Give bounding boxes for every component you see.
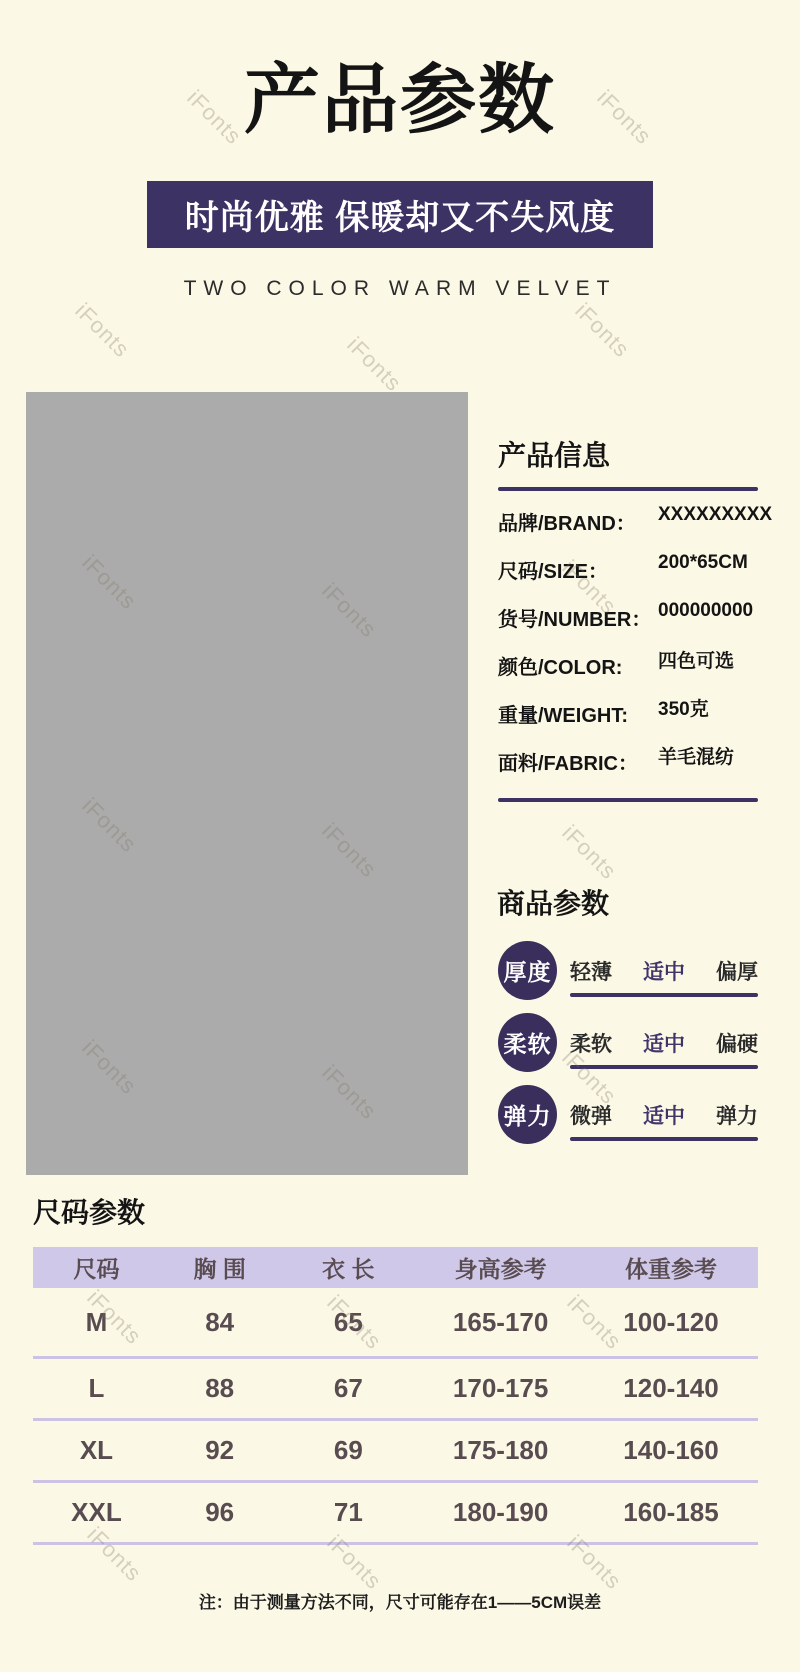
product-info-divider-top [498,487,758,491]
param-option: 轻薄 [570,956,612,986]
size-table-cell: L [33,1373,160,1404]
slogan-banner: 时尚优雅 保暖却又不失风度 [147,181,653,248]
product-info-fields: 品牌/BRAND：XXXXXXXXX尺码/SIZE：200*65CM货号/NUM… [498,497,758,785]
size-table-header-cell: 身高参考 [417,1251,584,1284]
size-table-cell: XXL [33,1497,160,1528]
size-table-cell: 71 [280,1497,418,1528]
param-badge: 柔软 [498,1013,557,1072]
size-table-cell: 96 [160,1497,280,1528]
size-table-header-cell: 尺码 [33,1251,160,1284]
param-option-selected: 适中 [643,1028,685,1058]
size-table-row: L8867170-175120-140 [33,1359,758,1421]
size-table-cell: XL [33,1435,160,1466]
size-table: 尺码胸 围衣 长身高参考体重参考 M8465165-170100-120L886… [33,1247,758,1545]
slogan-text: 时尚优雅 保暖却又不失风度 [185,190,615,239]
field-value: XXXXXXXXX [658,504,772,526]
param-option: 偏厚 [716,956,758,986]
param-underline [570,1137,758,1141]
size-table-cell: 160-185 [584,1497,758,1528]
product-detail-page: 产品参数 时尚优雅 保暖却又不失风度 TWO COLOR WARM VELVET… [0,0,800,1672]
size-section-title: 尺码参数 [33,1196,145,1230]
field-label: 货号/NUMBER： [498,603,651,632]
param-row: 柔软柔软适中偏硬 [498,1013,758,1072]
size-table-cell: 88 [160,1373,280,1404]
size-table-cell: 180-190 [417,1497,584,1528]
size-table-row: XL9269175-180140-160 [33,1421,758,1483]
size-table-cell: 140-160 [584,1435,758,1466]
ifonts-watermark: iFonts [557,820,622,885]
measurement-note: 注：由于测量方法不同，尺寸可能存在1——5CM误差 [0,1592,800,1614]
size-table-row: M8465165-170100-120 [33,1288,758,1359]
size-table-row: XXL9671180-190160-185 [33,1483,758,1545]
field-label: 面料/FABRIC： [498,747,638,776]
ifonts-watermark: iFonts [342,332,407,397]
ifonts-watermark: iFonts [70,298,135,363]
product-info-row: 颜色/COLOR:四色可选 [498,641,758,689]
field-value: 200*65CM [658,552,748,574]
product-params-title: 商品参数 [497,888,609,920]
product-info-title: 产品信息 [498,440,610,472]
param-underline [570,993,758,997]
param-option: 弹力 [716,1100,758,1130]
size-table-header: 尺码胸 围衣 长身高参考体重参考 [33,1247,758,1288]
size-table-cell: 84 [160,1307,280,1338]
size-table-cell: 92 [160,1435,280,1466]
field-label: 品牌/BRAND： [498,507,636,536]
size-table-header-cell: 体重参考 [584,1251,758,1284]
product-info-divider-bottom [498,798,758,802]
product-info-row: 货号/NUMBER：000000000 [498,593,758,641]
param-options: 轻薄适中偏厚 [570,941,758,1000]
field-label: 重量/WEIGHT: [498,699,628,728]
size-table-cell: 120-140 [584,1373,758,1404]
field-value: 四色可选 [658,646,734,673]
size-table-cell: 170-175 [417,1373,584,1404]
size-table-cell: 175-180 [417,1435,584,1466]
size-table-header-cell: 衣 长 [280,1251,418,1284]
field-value: 350克 [658,694,709,721]
param-option-selected: 适中 [643,1100,685,1130]
param-options: 柔软适中偏硬 [570,1013,758,1072]
param-row: 弹力微弹适中弹力 [498,1085,758,1144]
size-table-header-cell: 胸 围 [160,1251,280,1284]
size-table-cell: 69 [280,1435,418,1466]
field-value: 羊毛混纺 [658,742,734,769]
ifonts-watermark: iFonts [570,298,635,363]
param-badge: 厚度 [498,941,557,1000]
size-table-cell: 67 [280,1373,418,1404]
subtitle-english: TWO COLOR WARM VELVET [0,276,800,302]
field-label: 颜色/COLOR: [498,651,622,680]
param-option-selected: 适中 [643,956,685,986]
size-table-cell: 165-170 [417,1307,584,1338]
product-info-row: 面料/FABRIC：羊毛混纺 [498,737,758,785]
param-badge: 弹力 [498,1085,557,1144]
param-row: 厚度轻薄适中偏厚 [498,941,758,1000]
product-info-row: 品牌/BRAND：XXXXXXXXX [498,497,758,545]
product-info-row: 尺码/SIZE：200*65CM [498,545,758,593]
product-info-row: 重量/WEIGHT:350克 [498,689,758,737]
page-title: 产品参数 [0,56,800,146]
field-value: 000000000 [658,600,753,622]
param-option: 偏硬 [716,1028,758,1058]
